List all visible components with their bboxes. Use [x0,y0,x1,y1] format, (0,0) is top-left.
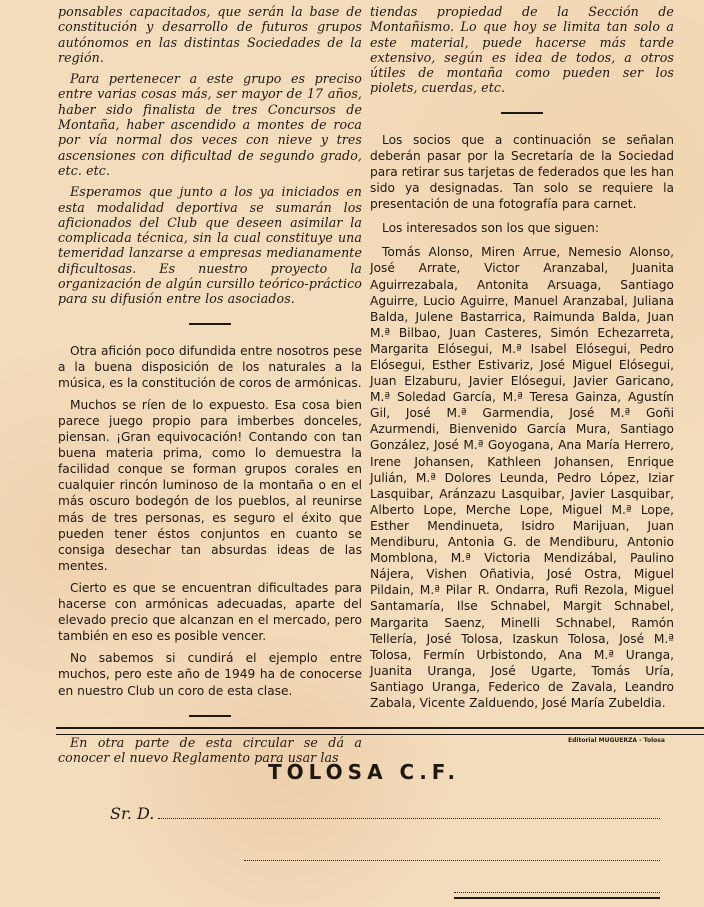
members-list: Tomás Alonso, Miren Arrue, Nemesio Alons… [370,244,674,711]
paragraph: Esperamos que junto a los ya iniciados e… [58,184,362,306]
address-line-city[interactable] [454,892,660,893]
paragraph: Para pertenecer a este grupo es preciso … [58,71,362,178]
left-column: ponsables capacitados, que serán la base… [58,4,362,771]
section-separator [189,323,231,325]
paragraph: Otra afición poco difundida entre nosotr… [58,343,362,391]
section-separator [189,715,231,717]
paragraph: Los socios que a continuación se señalan… [370,132,674,212]
paragraph: Los interesados son los que siguen: [370,220,674,236]
address-line-name[interactable] [158,818,660,819]
federation-cards-section: Los socios que a continuación se señalan… [370,132,674,711]
address-line-street[interactable] [244,860,660,861]
address-underline [454,897,660,899]
paragraph: No sabemos si cundirá el ejemplo entre m… [58,650,362,698]
paragraph: Cierto es que se encuentran dificultades… [58,580,362,644]
paragraph: Muchos se ríen de lo expuesto. Esa cosa … [58,397,362,574]
right-column: tiendas propiedad de la Sección de Monta… [370,4,674,717]
address-label: Sr. D. [110,804,154,823]
club-name: TOLOSA C.F. [268,760,460,784]
paragraph: tiendas propiedad de la Sección de Monta… [370,4,674,96]
tents-section-continuation: tiendas propiedad de la Sección de Monta… [370,4,674,96]
section-separator [501,112,543,114]
printer-imprint: Editorial MUGUERZA - Tolosa [568,737,665,744]
climbing-group-section: ponsables capacitados, que serán la base… [58,4,362,307]
paragraph: ponsables capacitados, que serán la base… [58,4,362,65]
harmonica-section: Otra afición poco difundida entre nosotr… [58,343,362,699]
double-rule-divider [56,727,704,735]
